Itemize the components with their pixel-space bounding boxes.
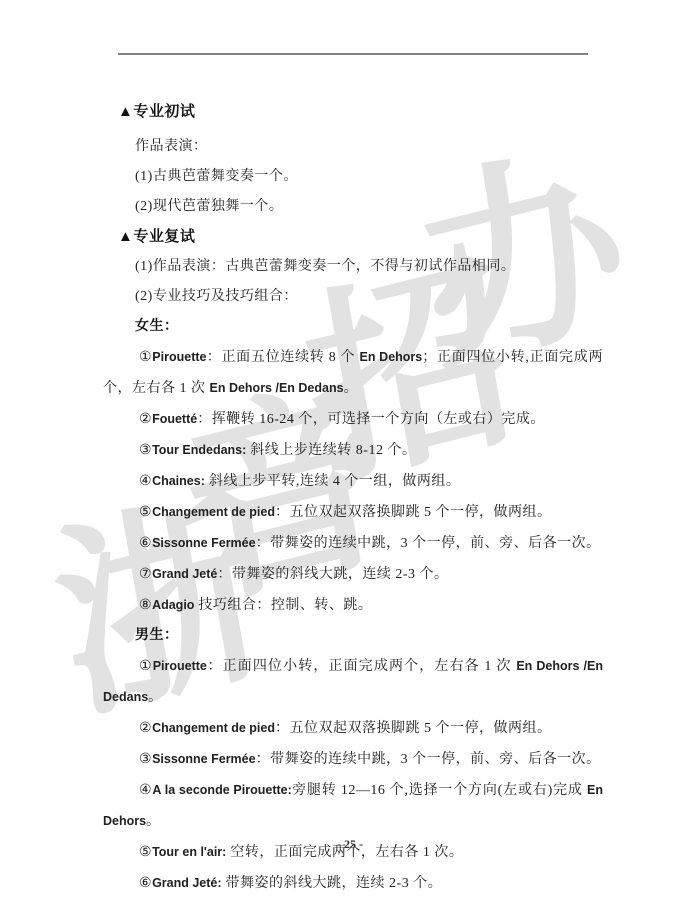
text-segment: ▲专业复试 — [118, 229, 195, 245]
text-segment: Pirouette — [153, 659, 207, 673]
text-segment: 旁腿转 12—16 个,选择一个方向(左或右)完成 — [292, 783, 587, 798]
text-segment: 斜线上步连续转 8-12 个。 — [246, 443, 416, 458]
text-segment: Pirouette — [152, 350, 206, 364]
item-male-4: ④A la seconde Pirouette:旁腿转 12—16 个,选择一个… — [103, 775, 603, 837]
item-female-7: ⑦Grand Jeté：带舞姿的斜线大跳，连续 2-3 个。 — [103, 559, 603, 590]
item-female-1: ①Pirouette：正面五位连续转 8 个 En Dehors；正面四位小转,… — [103, 342, 603, 404]
text-segment: 带舞姿的斜线大跳，连续 2-3 个。 — [222, 876, 443, 891]
text-segment: ：带舞姿的斜线大跳，连续 2-3 个。 — [217, 567, 448, 582]
text-segment: Sissonne Fermée — [152, 536, 256, 550]
document-body: ▲专业初试作品表演：(1)古典芭蕾舞变奏一个。(2)现代芭蕾独舞一个。▲专业复试… — [0, 97, 700, 899]
text-segment: A la seconde Pirouette: — [152, 783, 291, 797]
para-final-item-2: (2)专业技巧及技巧组合： — [103, 282, 700, 312]
item-female-8: ⑧Adagio 技巧组合：控制、转、跳。 — [103, 590, 603, 621]
text-segment: ⑧ — [139, 598, 152, 613]
text-segment: (1)古典芭蕾舞变奏一个。 — [135, 169, 298, 184]
item-male-2: ②Changement de pied：五位双起双落换脚跳 5 个一停，做两组。 — [103, 713, 603, 744]
text-segment: ⑦ — [139, 567, 152, 582]
text-segment: ⑥ — [139, 876, 152, 891]
text-segment: (2)专业技巧及技巧组合： — [135, 289, 298, 304]
para-preliminary-item-1: (1)古典芭蕾舞变奏一个。 — [103, 162, 700, 192]
text-segment: (1)作品表演：古典芭蕾舞变奏一个，不得与初试作品相同。 — [135, 259, 515, 274]
text-segment: 。 — [148, 690, 163, 705]
text-segment: ⑤ — [139, 505, 152, 520]
text-segment: En Dehors — [360, 350, 423, 364]
text-segment: ：五位双起双落换脚跳 5 个一停，做两组。 — [275, 505, 552, 520]
text-segment: Changement de pied — [152, 721, 275, 735]
item-male-6: ⑥Grand Jeté: 带舞姿的斜线大跳，连续 2-3 个。 — [103, 868, 603, 899]
text-segment: ② — [139, 721, 152, 736]
item-female-5: ⑤Changement de pied：五位双起双落换脚跳 5 个一停，做两组。 — [103, 497, 603, 528]
text-segment: 。 — [146, 814, 161, 829]
text-segment: ：带舞姿的连续中跳，3 个一停，前、旁、后各一次。 — [256, 536, 601, 551]
text-segment: Grand Jeté: — [152, 876, 221, 890]
item-female-4: ④Chaines: 斜线上步平转,连续 4 个一组，做两组。 — [103, 466, 603, 497]
text-segment: ：正面五位连续转 8 个 — [206, 350, 359, 365]
text-segment: En Dehors /En Dedans — [210, 381, 344, 395]
item-male-1: ①Pirouette：正面四位小转，正面完成两个，左右各 1 次 En Deho… — [103, 651, 603, 713]
subhead-female: 女生： — [103, 312, 700, 342]
text-segment: ：挥鞭转 16-24 个，可选择一个方向（左或右）完成。 — [197, 412, 545, 427]
text-segment: 。 — [344, 381, 359, 396]
text-segment: ① — [139, 350, 152, 365]
header-rule — [118, 53, 588, 55]
text-segment: Grand Jeté — [152, 567, 217, 581]
text-segment: ③ — [139, 443, 152, 458]
text-segment: ：带舞姿的连续中跳，3 个一停，前、旁、后各一次。 — [256, 752, 601, 767]
text-segment: ⑥ — [139, 536, 152, 551]
text-segment: ③ — [139, 752, 152, 767]
text-segment: Changement de pied — [152, 505, 275, 519]
text-segment: ▲专业初试 — [118, 104, 195, 120]
text-segment: (2)现代芭蕾独舞一个。 — [135, 199, 283, 214]
text-segment: ④ — [139, 474, 152, 489]
text-segment: Tour Endedans: — [152, 443, 246, 457]
text-segment: 作品表演： — [135, 139, 208, 154]
document-page: 浙音招办 ▲专业初试作品表演：(1)古典芭蕾舞变奏一个。(2)现代芭蕾独舞一个。… — [0, 0, 700, 905]
text-segment: Adagio — [152, 598, 194, 612]
item-male-3: ③Sissonne Fermée：带舞姿的连续中跳，3 个一停，前、旁、后各一次… — [103, 744, 603, 775]
heading-final-exam: ▲专业复试 — [118, 222, 700, 252]
text-segment: ：正面四位小转，正面完成两个，左右各 1 次 — [207, 659, 516, 674]
text-segment: Sissonne Fermée — [152, 752, 256, 766]
text-segment: ② — [139, 412, 152, 427]
page-number: - 25 - — [0, 837, 700, 852]
para-preliminary-item-2: (2)现代芭蕾独舞一个。 — [103, 192, 700, 222]
heading-preliminary-exam: ▲专业初试 — [118, 97, 700, 127]
text-segment: 技巧组合：控制、转、跳。 — [194, 598, 372, 613]
item-female-3: ③Tour Endedans: 斜线上步连续转 8-12 个。 — [103, 435, 603, 466]
text-segment: ④ — [139, 783, 152, 798]
para-final-item-1: (1)作品表演：古典芭蕾舞变奏一个，不得与初试作品相同。 — [103, 252, 700, 282]
text-segment: 男生： — [135, 628, 179, 643]
item-female-2: ②Fouetté：挥鞭转 16-24 个，可选择一个方向（左或右）完成。 — [103, 404, 603, 435]
text-segment: Chaines: — [152, 474, 205, 488]
subhead-male: 男生： — [103, 621, 700, 651]
text-segment: ① — [139, 659, 153, 674]
text-segment: ：五位双起双落换脚跳 5 个一停，做两组。 — [275, 721, 552, 736]
text-segment: 女生： — [135, 319, 179, 334]
text-segment: 斜线上步平转,连续 4 个一组，做两组。 — [205, 474, 461, 489]
para-performance-label: 作品表演： — [103, 132, 700, 162]
item-female-6: ⑥Sissonne Fermée：带舞姿的连续中跳，3 个一停，前、旁、后各一次… — [103, 528, 603, 559]
text-segment: Fouetté — [152, 412, 197, 426]
